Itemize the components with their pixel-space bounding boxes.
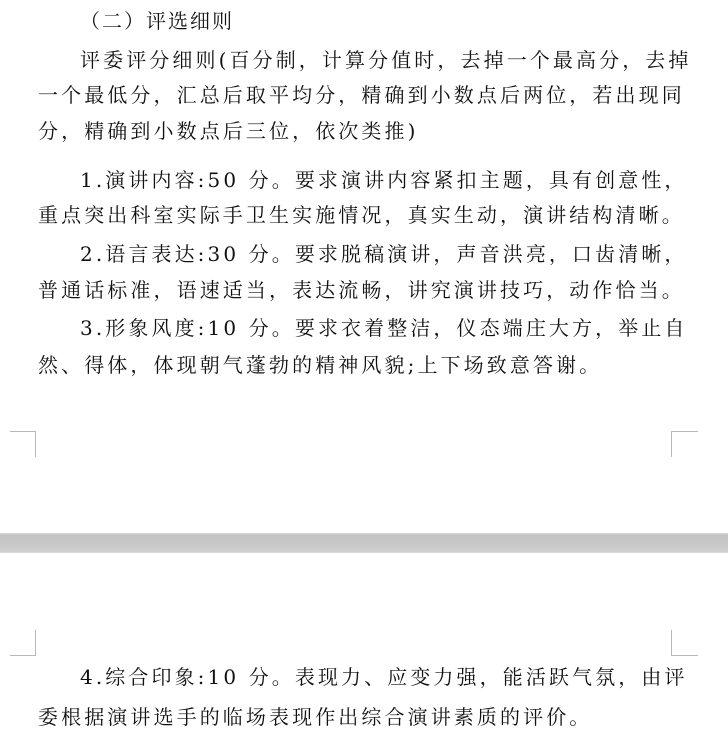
criterion-3-line-2: 然、得体，体现朝气蓬勃的精神风貌;上下场致意答谢。 <box>38 353 678 377</box>
intro-line-2: 一个最低分，汇总后取平均分，精确到小数点后两位，若出现同 <box>38 83 678 107</box>
intro-line-1: 评委评分细则(百分制，计算分值时，去掉一个最高分，去掉 <box>80 48 720 72</box>
criterion-4-line-2: 委根据演讲选手的临场表现作出综合演讲素质的评价。 <box>38 705 678 729</box>
section-heading: （二）评选细则 <box>80 9 720 33</box>
intro-line-3: 分，精确到小数点后三位，依次类推) <box>38 119 678 143</box>
criterion-3-line-1: 3.形象风度:10 分。要求衣着整洁，仪态端庄大方，举止自 <box>80 316 720 340</box>
document-page-2: 4.综合印象:10 分。表现力、应变力强，能活跃气氛，由评 委根据演讲选手的临场… <box>0 553 728 741</box>
page-break-gap <box>0 533 728 553</box>
margin-corner-mark-top-left <box>10 630 36 656</box>
margin-corner-mark-top-right <box>671 630 698 656</box>
margin-corner-mark-bottom-left <box>10 431 36 457</box>
document-page-1: （二）评选细则 评委评分细则(百分制，计算分值时，去掉一个最高分，去掉 一个最低… <box>0 0 728 533</box>
criterion-2-line-2: 普通话标准，语速适当，表达流畅，讲究演讲技巧，动作恰当。 <box>38 278 678 302</box>
margin-corner-mark-bottom-right <box>671 431 698 457</box>
criterion-4-line-1: 4.综合印象:10 分。表现力、应变力强，能活跃气氛，由评 <box>80 665 720 689</box>
criterion-2-line-1: 2.语言表达:30 分。要求脱稿演讲，声音洪亮，口齿清晰， <box>80 242 720 266</box>
criterion-1-line-1: 1.演讲内容:50 分。要求演讲内容紧扣主题，具有创意性， <box>80 168 720 192</box>
criterion-1-line-2: 重点突出科室实际手卫生实施情况，真实生动，演讲结构清晰。 <box>38 203 678 227</box>
